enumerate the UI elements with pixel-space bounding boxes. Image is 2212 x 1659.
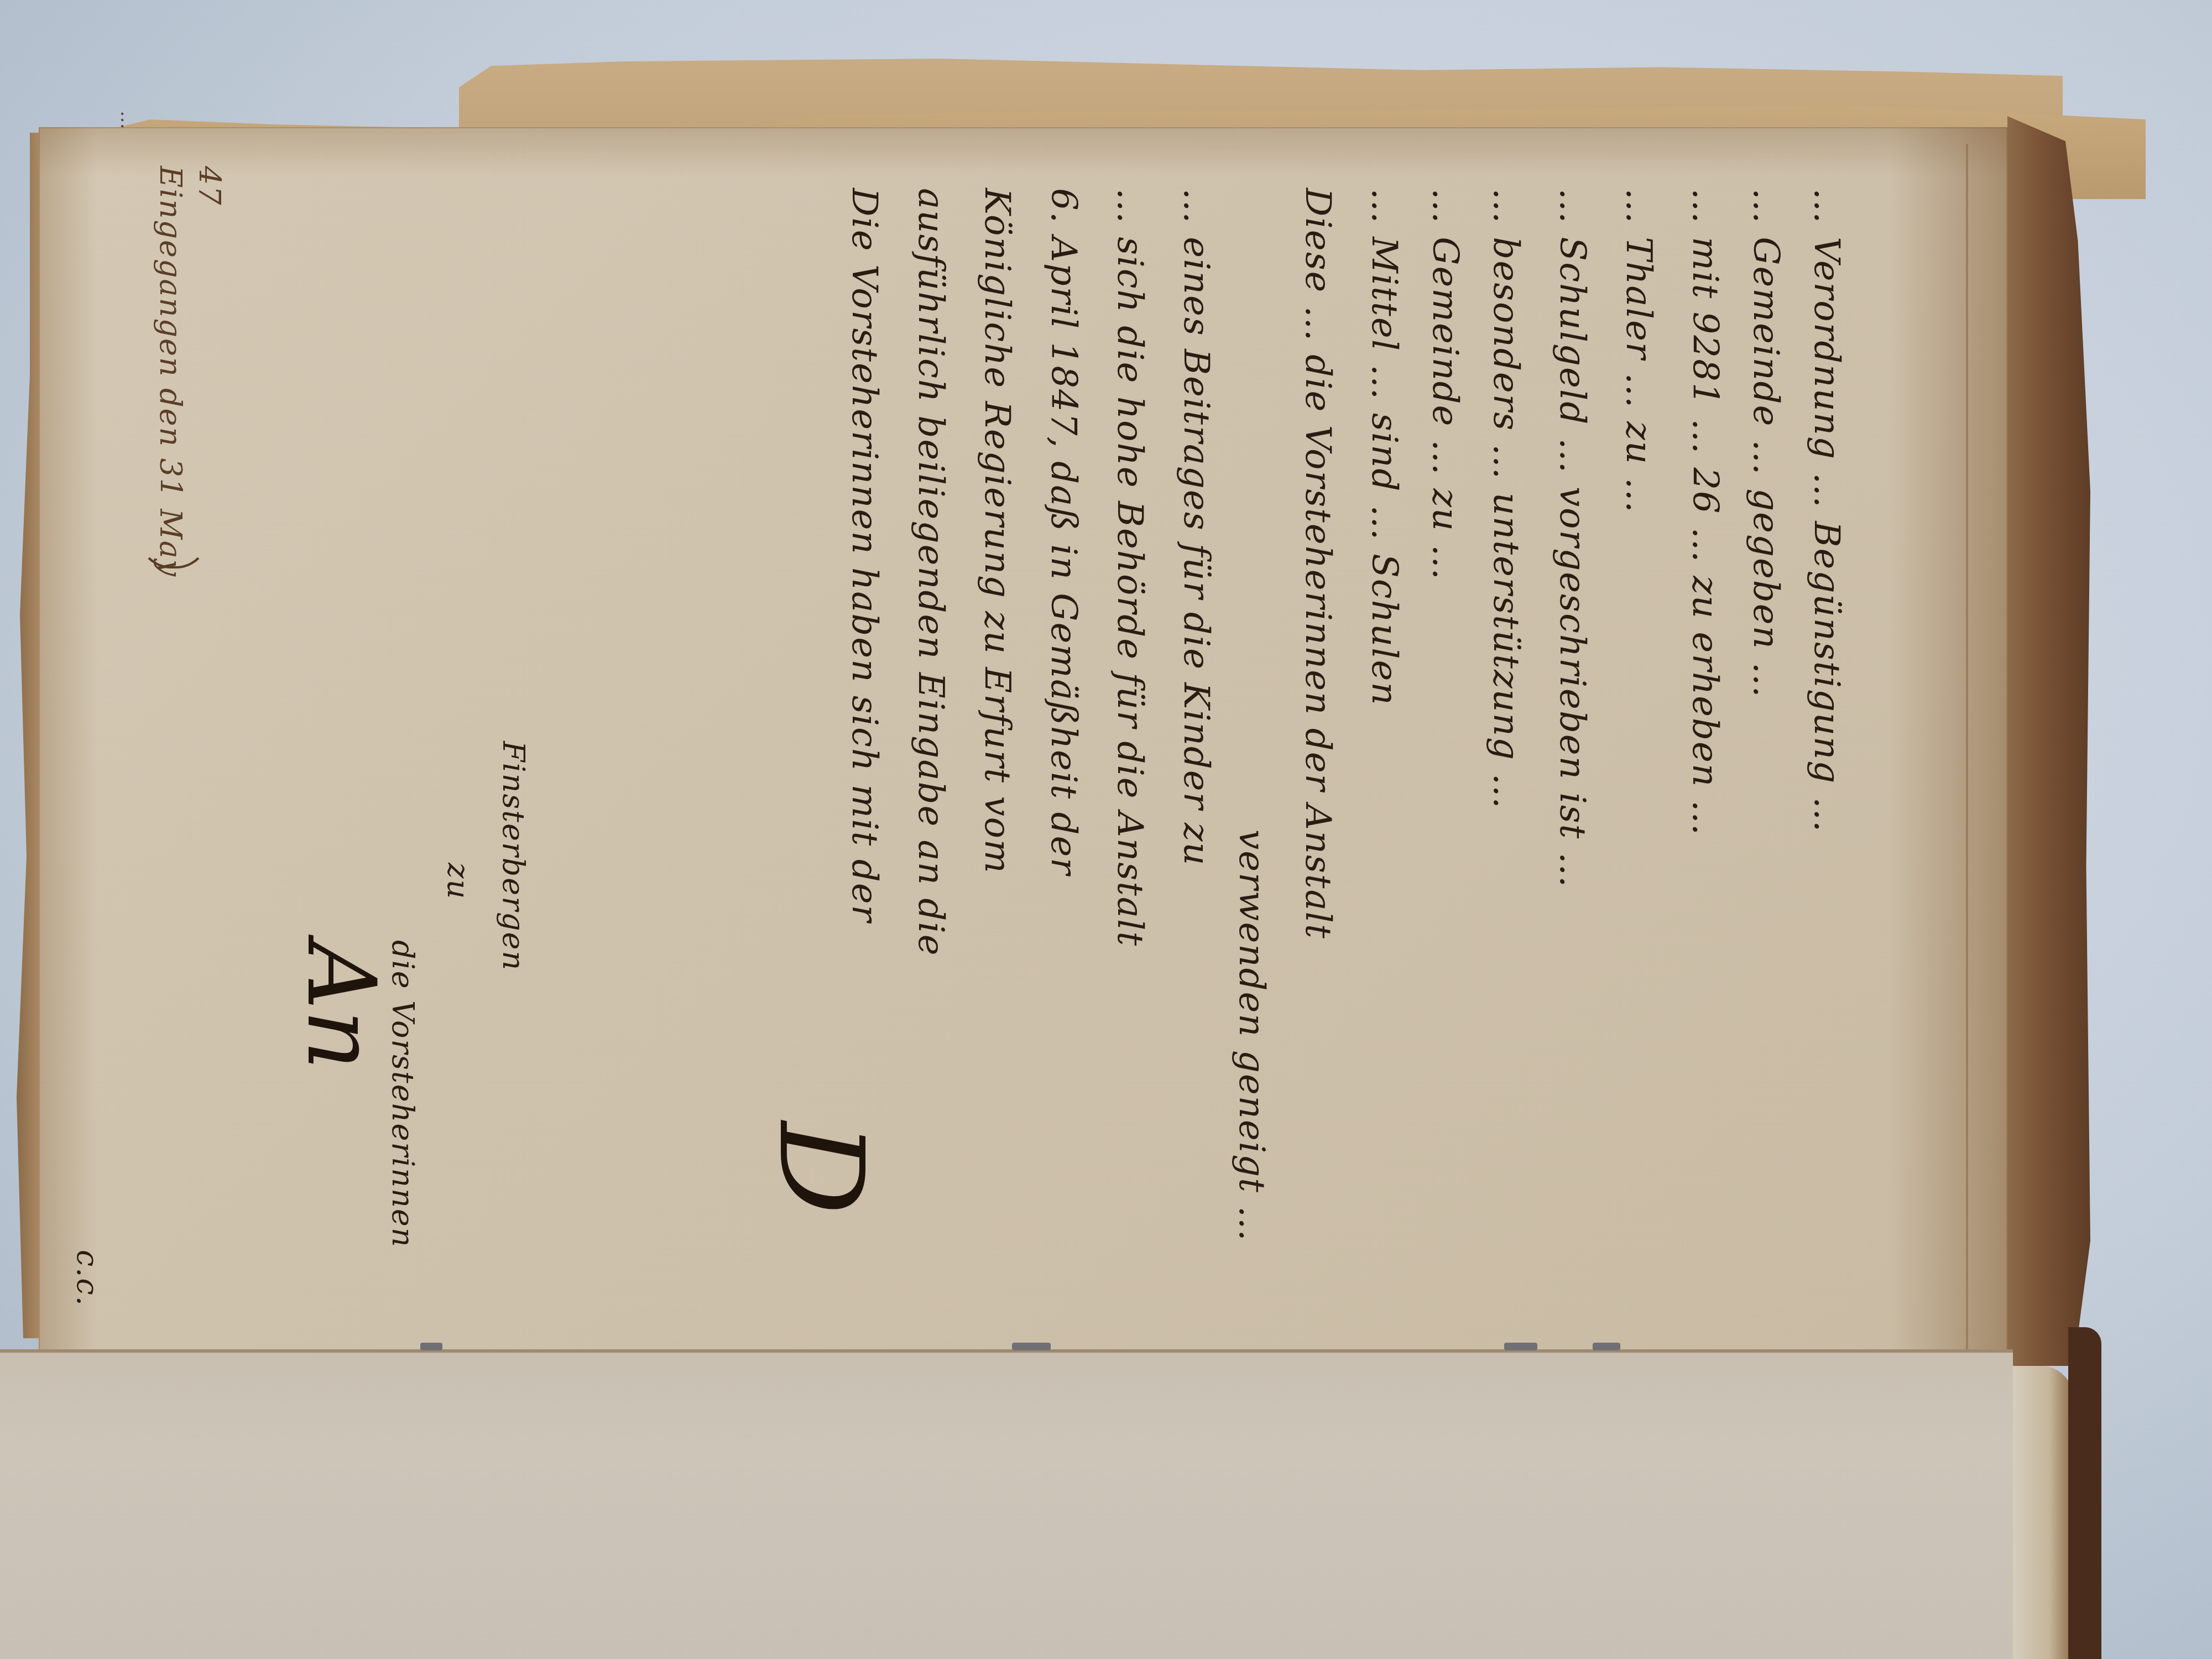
letter-line: Diese … die Vorsteherinnen der Anstalt	[1297, 188, 1338, 940]
letter-drop-cap: D	[753, 1121, 889, 1214]
book-cover-binding	[2068, 1327, 2101, 1659]
addressee-line-2: zu	[441, 863, 476, 900]
page-margin-rule	[1966, 144, 1968, 1360]
letter-line: … Verordnung … Begünstigung …	[1806, 188, 1847, 833]
letter-line: … Mittel … sind … Schulen	[1364, 188, 1405, 706]
letter-line: … Gemeinde … gegeben …	[1745, 188, 1786, 698]
addressee-line-1: die Vorsteherinnen	[385, 940, 420, 1248]
letter-line: 6. April 1847, daß in Gemäßheit der	[1043, 188, 1084, 876]
binding-stitch	[1012, 1343, 1051, 1350]
receipt-note-year: 47	[192, 166, 227, 206]
addressee-line-3: Finsterbergen	[496, 741, 531, 971]
marginal-mark: c.c.	[70, 1250, 105, 1307]
letter-line: verwenden geneigt …	[1231, 830, 1272, 1242]
letter-line: ausführlich beiliegenden Eingabe an die	[910, 188, 951, 957]
letter-line: … mit 9281 … 26 … zu erheben …	[1684, 188, 1725, 837]
binding-stitch	[1593, 1343, 1620, 1350]
letter-line: … sich die hohe Behörde für die Anstalt	[1109, 188, 1150, 947]
letter-line: Königliche Regierung zu Erfurt vom	[977, 188, 1018, 874]
browned-right-edge	[2007, 116, 2090, 1366]
letter-line: … Gemeinde … zu …	[1425, 188, 1465, 581]
binding-stitch	[420, 1343, 442, 1350]
letter-line: Die Vorsteherinnen haben sich mit der	[844, 188, 885, 923]
binding-stitch	[1504, 1343, 1537, 1350]
addressee-initial: An	[286, 942, 395, 1070]
facing-page-fore-edge	[2013, 1366, 2074, 1659]
letter-line: … eines Beitrages für die Kinder zu	[1176, 188, 1217, 867]
letter-line: … Schulgeld … vorgeschrieben ist …	[1552, 188, 1593, 889]
facing-page-blank	[0, 1349, 2013, 1659]
letter-line: … Thaler … zu …	[1618, 188, 1659, 514]
letter-line: … besonders … unterstützung …	[1485, 188, 1526, 810]
